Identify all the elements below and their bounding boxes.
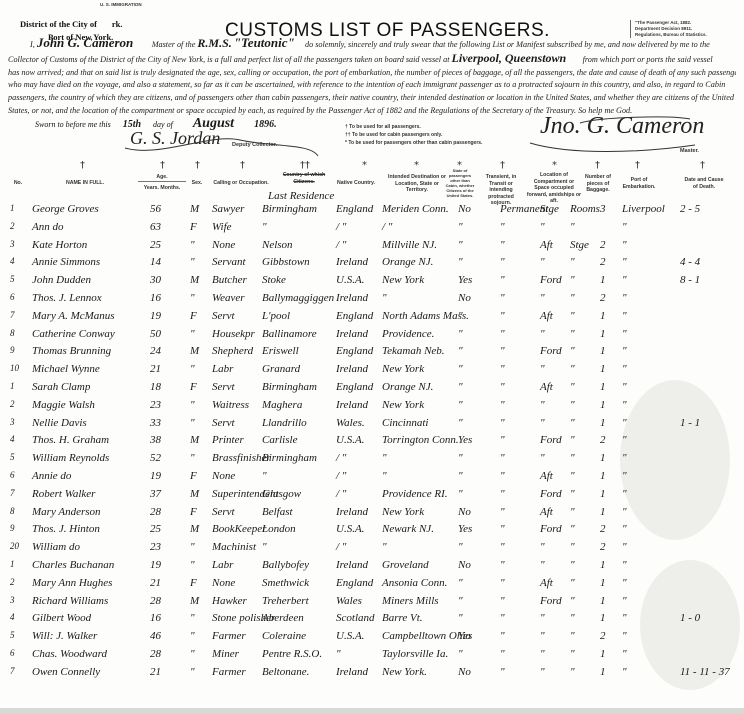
last-residence: ": [262, 221, 267, 233]
passenger-name: Michael Wynne: [32, 363, 100, 375]
last-residence: Birmingham: [262, 452, 317, 464]
transient-status: ": [500, 256, 505, 268]
compartment-location: Aft: [540, 310, 553, 322]
transient-status: ": [500, 577, 505, 589]
compartment-location-2: ": [570, 345, 575, 357]
intended-destination: New York: [382, 363, 424, 375]
double-dagger-mark: ††: [300, 160, 310, 171]
passenger-name: Gilbert Wood: [32, 612, 91, 624]
citizen-status: ": [458, 310, 463, 322]
passenger-name: Charles Buchanan: [32, 559, 114, 571]
port-of-embarkation: ": [622, 488, 627, 500]
age-years: 30: [150, 274, 161, 286]
passenger-name: Mary Anderson: [32, 506, 101, 518]
age-years: 28: [150, 648, 161, 660]
age-years: 52: [150, 452, 161, 464]
transient-status: ": [500, 630, 505, 642]
age-years: 19: [150, 470, 161, 482]
passenger-name: Sarah Clamp: [32, 381, 90, 393]
citizen-status: Yes: [458, 630, 472, 642]
row-number: 4: [10, 612, 15, 622]
calling: Hawker: [212, 595, 247, 607]
sworn-text: Sworn to before me this: [35, 120, 111, 129]
column-header-location: Location of Compartment or Space occupie…: [526, 172, 582, 205]
passenger-name: Thos. J. Hinton: [32, 523, 100, 535]
row-number: 2: [10, 577, 15, 587]
baggage-count: 2: [600, 292, 606, 304]
row-number: 3: [10, 417, 15, 427]
column-header-no: No.: [8, 180, 28, 187]
compartment-location-2: ": [570, 559, 575, 571]
oath-line-5: passengers, the country of which they ar…: [8, 92, 736, 105]
row-number: 7: [10, 666, 15, 676]
age-years: 21: [150, 363, 161, 375]
row-number: 1: [10, 559, 15, 569]
port-of-embarkation: ": [622, 595, 627, 607]
baggage-count: 1: [600, 559, 606, 571]
port-of-embarkation: ": [622, 328, 627, 340]
citizen-status: ": [458, 239, 463, 251]
row-number: 3: [10, 595, 15, 605]
oath-line-2: Collector of Customs of the District of …: [8, 52, 736, 67]
compartment-location: Ford: [540, 274, 562, 286]
port-of-embarkation: ": [622, 363, 627, 375]
column-header-name: NAME IN FULL.: [50, 180, 120, 187]
native-country: / ": [336, 488, 346, 500]
page-edge: [0, 708, 744, 714]
intended-destination: Barre Vt.: [382, 612, 423, 624]
intended-destination: Miners Mills: [382, 595, 439, 607]
compartment-location: Ford: [540, 345, 562, 357]
calling: Farmer: [212, 630, 246, 642]
citizen-status: ": [458, 595, 463, 607]
sex: M: [190, 274, 199, 286]
sex: F: [190, 470, 197, 482]
transient-status: ": [500, 612, 505, 624]
intended-destination: Newark NJ.: [382, 523, 434, 535]
baggage-count: 1: [600, 452, 606, 464]
native-country: Ireland: [336, 666, 368, 678]
last-residence: Maghera: [262, 399, 302, 411]
intended-destination: Taylorsville Ia.: [382, 648, 448, 660]
last-residence: Eriswell: [262, 345, 299, 357]
compartment-location-2: ": [570, 648, 575, 660]
citizen-status: No: [458, 506, 471, 518]
transient-status: ": [500, 274, 505, 286]
oath-text: Master of the: [152, 40, 196, 49]
asterisk-mark: *: [414, 160, 419, 171]
last-residence: Granard: [262, 363, 300, 375]
district-suffix: rk.: [112, 19, 123, 29]
row-number: 8: [10, 506, 15, 516]
last-residence: Nelson: [262, 239, 293, 251]
native-country: / ": [336, 452, 346, 464]
baggage-count: 2: [600, 239, 606, 251]
column-header-transient: Transient, in Transit or intending protr…: [478, 174, 524, 207]
sex: ": [190, 630, 195, 642]
passenger-name: Maggie Walsh: [32, 399, 95, 411]
intended-destination: Orange NJ.: [382, 381, 433, 393]
column-header-port: Port of Embarkation.: [618, 177, 660, 190]
compartment-location: ": [540, 559, 545, 571]
native-country: Ireland: [336, 363, 368, 375]
sex: ": [190, 328, 195, 340]
last-residence: Ballybofey: [262, 559, 309, 571]
oath-line-1: I, John G. Cameron Master of the R.M.S. …: [8, 37, 736, 52]
sex: ": [190, 239, 195, 251]
compartment-location: ": [540, 292, 545, 304]
age-years: 16: [150, 292, 161, 304]
date-cause-of-death: 2 - 5: [680, 203, 700, 215]
intended-destination: ": [382, 470, 387, 482]
citizen-status: No: [458, 292, 471, 304]
compartment-location-2: ": [570, 470, 575, 482]
compartment-location: ": [540, 256, 545, 268]
native-country: / ": [336, 221, 346, 233]
native-country: U.S.A.: [336, 434, 364, 446]
calling: None: [212, 577, 235, 589]
oath-line-3: has now arrived; and that on said list i…: [8, 67, 736, 80]
port-of-embarkation: ": [622, 221, 627, 233]
passenger-name: Nellie Davis: [32, 417, 87, 429]
passenger-name: Ann do: [32, 221, 63, 233]
compartment-location-2: ": [570, 399, 575, 411]
age-years: 37: [150, 488, 161, 500]
intended-destination: Groveland: [382, 559, 429, 571]
oath-text: from which port or ports the said vessel: [583, 55, 713, 64]
transient-status: ": [500, 310, 505, 322]
dagger-mark: †: [160, 160, 165, 171]
calling: Shepherd: [212, 345, 253, 357]
column-header-baggage: Number of pieces of Baggage.: [582, 174, 614, 194]
calling: BookKeeper: [212, 523, 266, 535]
port-of-embarkation: ": [622, 577, 627, 589]
row-number: 6: [10, 470, 15, 480]
intended-destination: New York: [382, 274, 424, 286]
column-header-age-sub: Years. Months.: [138, 185, 186, 192]
oath-paragraph: I, John G. Cameron Master of the R.M.S. …: [8, 37, 736, 118]
row-number: 5: [10, 274, 15, 284]
baggage-count: 2: [600, 256, 606, 268]
compartment-location-2: ": [570, 541, 575, 553]
compartment-location: ": [540, 630, 545, 642]
row-number: 7: [10, 488, 15, 498]
baggage-count: 1: [600, 310, 606, 322]
port-of-embarkation: ": [622, 417, 627, 429]
row-number: 6: [10, 292, 15, 302]
native-country: England: [336, 381, 373, 393]
baggage-count: 1: [600, 470, 606, 482]
sex: F: [190, 381, 197, 393]
row-number: 2: [10, 399, 15, 409]
age-years: 46: [150, 630, 161, 642]
port-of-embarkation: ": [622, 630, 627, 642]
port-of-embarkation: ": [622, 506, 627, 518]
native-country: / ": [336, 239, 346, 251]
sex: ": [190, 612, 195, 624]
transient-status: ": [500, 363, 505, 375]
district-line-1: District of the City of: [20, 19, 97, 29]
citizen-status: ": [458, 345, 463, 357]
compartment-location-2: ": [570, 310, 575, 322]
citizen-status: ": [458, 381, 463, 393]
passenger-name: William do: [32, 541, 80, 553]
calling: Machinist: [212, 541, 256, 553]
calling: None: [212, 239, 235, 251]
port-of-embarkation: ": [622, 292, 627, 304]
last-residence: Aberdeen: [262, 612, 304, 624]
calling: Butcher: [212, 274, 247, 286]
baggage-count: 1: [600, 666, 606, 678]
age-years: 16: [150, 612, 161, 624]
port-of-embarkation: Liverpool: [622, 203, 665, 215]
last-residence: Gibbstown: [262, 256, 310, 268]
citizen-status: ": [458, 399, 463, 411]
age-years: 21: [150, 577, 161, 589]
signature-flourish: [120, 128, 320, 158]
port-of-embarkation: ": [622, 666, 627, 678]
compartment-location: ": [540, 417, 545, 429]
compartment-location-2: ": [570, 577, 575, 589]
sex: ": [190, 417, 195, 429]
last-residence: Birmingham: [262, 203, 317, 215]
age-years: 19: [150, 559, 161, 571]
dagger-mark: †: [240, 160, 245, 171]
compartment-location-2: ": [570, 595, 575, 607]
dagger-mark: †: [500, 160, 505, 171]
sex: ": [190, 666, 195, 678]
native-country: England: [336, 310, 373, 322]
last-residence: ": [262, 470, 267, 482]
calling: Labr: [212, 363, 233, 375]
sex: ": [190, 292, 195, 304]
intended-destination: North Adams Mass.: [382, 310, 469, 322]
native-country: Wales.: [336, 417, 365, 429]
legend: † To be used for all passengers. †† To b…: [345, 123, 482, 147]
compartment-location-2: ": [570, 381, 575, 393]
compartment-location-2: ": [570, 221, 575, 233]
legend-item: †† To be used for cabin passengers only.: [345, 131, 482, 139]
calling: Servt: [212, 381, 235, 393]
table-row: 7Owen Connelly21"FarmerBeltonane.Ireland…: [0, 666, 744, 688]
sex: ": [190, 452, 195, 464]
compartment-location-2: ": [570, 666, 575, 678]
transient-status: ": [500, 399, 505, 411]
sex: ": [190, 399, 195, 411]
date-cause-of-death: 1 - 1: [680, 417, 700, 429]
transient-status: ": [500, 239, 505, 251]
age-years: 28: [150, 506, 161, 518]
transient-status: ": [500, 648, 505, 660]
last-residence: Stoke: [262, 274, 286, 286]
row-number: 7: [10, 310, 15, 320]
sex: F: [190, 506, 197, 518]
deputy-collector-label: Deputy Collector.: [232, 142, 277, 148]
dagger-mark: †: [700, 160, 705, 171]
baggage-count: 1: [600, 612, 606, 624]
sex: M: [190, 434, 199, 446]
native-country: Scotland: [336, 612, 375, 624]
row-number: 3: [10, 239, 15, 249]
transient-status: ": [500, 345, 505, 357]
sex: ": [190, 648, 195, 660]
passenger-name: William Reynolds: [32, 452, 109, 464]
passenger-name: Will: J. Walker: [32, 630, 97, 642]
native-country: Ireland: [336, 399, 368, 411]
age-years: 23: [150, 399, 161, 411]
sex: ": [190, 256, 195, 268]
native-country: / ": [336, 541, 346, 553]
compartment-location-2: ": [570, 630, 575, 642]
compartment-location-2: ": [570, 328, 575, 340]
transient-status: ": [500, 470, 505, 482]
port-of-embarkation: ": [622, 399, 627, 411]
calling: Waitress: [212, 399, 249, 411]
baggage-count: 1: [600, 595, 606, 607]
last-residence: Ballinamore: [262, 328, 317, 340]
baggage-count: 1: [600, 648, 606, 660]
passenger-name: Thos. H. Graham: [32, 434, 109, 446]
port-of-embarkation: ": [622, 452, 627, 464]
calling: Miner: [212, 648, 239, 660]
baggage-count: 1: [600, 506, 606, 518]
port-of-embarkation: ": [622, 239, 627, 251]
transient-status: ": [500, 381, 505, 393]
master-name-field: John G. Cameron: [37, 37, 133, 50]
compartment-location: Aft: [540, 577, 553, 589]
compartment-location: Ford: [540, 523, 562, 535]
compartment-location-2: ": [570, 256, 575, 268]
calling: Wife: [212, 221, 232, 233]
compartment-location: Stge: [540, 203, 559, 215]
column-header-calling: Calling or Occupation.: [210, 180, 272, 187]
last-residence: Carlisle: [262, 434, 297, 446]
native-country: U.S.A.: [336, 274, 364, 286]
compartment-location-2: ": [570, 506, 575, 518]
sex: ": [190, 363, 195, 375]
intended-destination: New York: [382, 399, 424, 411]
age-years: 23: [150, 541, 161, 553]
native-country: U.S.A.: [336, 523, 364, 535]
last-residence: Llandrillo: [262, 417, 307, 429]
row-number: 2: [10, 221, 15, 231]
sex: ": [190, 541, 195, 553]
compartment-location: ": [540, 612, 545, 624]
citizen-status: ": [458, 612, 463, 624]
row-number: 9: [10, 345, 15, 355]
citizen-status: ": [458, 577, 463, 589]
citizen-status: ": [458, 363, 463, 375]
compartment-location: ": [540, 666, 545, 678]
row-number: 10: [10, 363, 19, 373]
calling: Printer: [212, 434, 244, 446]
dagger-mark: †: [195, 160, 200, 171]
intended-destination: Ansonia Conn.: [382, 577, 447, 589]
row-number: 4: [10, 434, 15, 444]
column-header-destination: Intended Destination or Location, State …: [388, 174, 446, 194]
compartment-location: ": [540, 328, 545, 340]
native-country: / ": [336, 470, 346, 482]
intended-destination: ": [382, 452, 387, 464]
row-number: 1: [10, 381, 15, 391]
age-years: 19: [150, 310, 161, 322]
intended-destination: Torrington Conn.: [382, 434, 459, 446]
asterisk-mark: *: [362, 160, 367, 171]
citizen-status: ": [458, 417, 463, 429]
compartment-location-2: ": [570, 523, 575, 535]
date-cause-of-death: 4 - 4: [680, 256, 700, 268]
compartment-location-2: ": [570, 434, 575, 446]
transient-status: ": [500, 559, 505, 571]
native-country: Ireland: [336, 292, 368, 304]
compartment-location-2: Stge: [570, 239, 589, 251]
calling: Sawyer: [212, 203, 244, 215]
port-of-embarkation: ": [622, 648, 627, 660]
native-country: Ireland: [336, 328, 368, 340]
compartment-location: Aft: [540, 470, 553, 482]
citizen-status: No: [458, 203, 471, 215]
sex: F: [190, 310, 197, 322]
passenger-name: Chas. Woodward: [32, 648, 107, 660]
intended-destination: ": [382, 292, 387, 304]
baggage-count: 1: [600, 274, 606, 286]
passenger-name: Robert Walker: [32, 488, 95, 500]
transient-status: ": [500, 292, 505, 304]
age-years: 14: [150, 256, 161, 268]
port-of-embarkation: ": [622, 256, 627, 268]
row-number: 5: [10, 630, 15, 640]
immigration-stamp: U. S. IMMIGRATION: [100, 2, 142, 8]
passenger-name: Mary Ann Hughes: [32, 577, 112, 589]
passenger-name: Annie do: [32, 470, 71, 482]
calling: Labr: [212, 559, 233, 571]
port-of-embarkation: ": [622, 541, 627, 553]
row-number: 1: [10, 203, 15, 213]
date-cause-of-death: 11 - 11 - 37: [680, 666, 730, 678]
column-header-native: Native Country.: [336, 180, 376, 187]
native-country: Ireland: [336, 506, 368, 518]
compartment-location-2: ": [570, 612, 575, 624]
calling: Weaver: [212, 292, 245, 304]
sex: M: [190, 345, 199, 357]
passenger-name: Kate Horton: [32, 239, 87, 251]
intended-destination: Orange NJ.: [382, 256, 433, 268]
age-years: 28: [150, 595, 161, 607]
intended-destination: Millville NJ.: [382, 239, 437, 251]
sex: F: [190, 221, 197, 233]
legend-item: † To be used for all passengers.: [345, 123, 482, 131]
sex: M: [190, 595, 199, 607]
native-country: ": [336, 648, 341, 660]
signature-flourish: [520, 115, 700, 155]
transient-status: ": [500, 595, 505, 607]
intended-destination: ": [382, 541, 387, 553]
compartment-location: Aft: [540, 506, 553, 518]
transient-status: ": [500, 434, 505, 446]
baggage-count: 1: [600, 417, 606, 429]
sex: M: [190, 203, 199, 215]
citizen-status: Yes: [458, 274, 472, 286]
citizen-status: ": [458, 452, 463, 464]
vessel-name-field: "Teutonic": [234, 37, 295, 50]
compartment-location: ": [540, 221, 545, 233]
intended-destination: New York.: [382, 666, 427, 678]
age-years: 56: [150, 203, 161, 215]
asterisk-mark: *: [552, 160, 557, 171]
passenger-name: Mary A. McManus: [32, 310, 115, 322]
row-number: 8: [10, 328, 15, 338]
age-years: 50: [150, 328, 161, 340]
